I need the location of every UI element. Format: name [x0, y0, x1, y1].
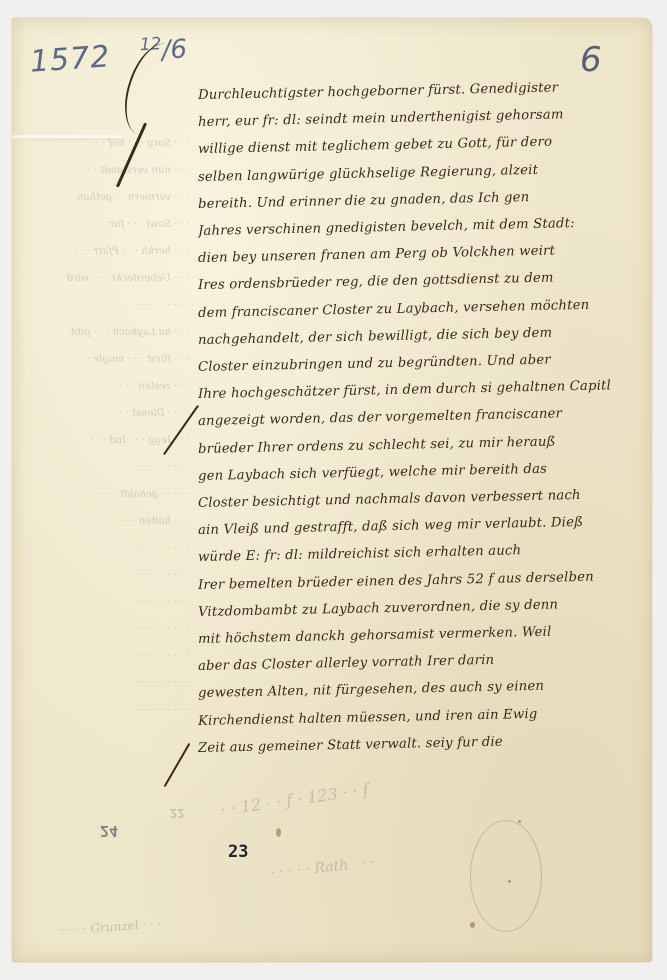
bleed-line: · · · · · gehaldt · · ·: [30, 481, 190, 508]
foxing-spot: [470, 922, 475, 928]
bleed-line: · · · halten · · · · ·: [30, 508, 190, 535]
handwritten-letter-body: Durchleuchtigster hochgeborner fürst. Ge…: [198, 82, 638, 762]
bleed-line: · · · nun verstandt · · ·: [30, 157, 190, 184]
bleed-line: · · · Sawl · · · fur: [30, 211, 190, 238]
bleed-line: · · · · · · · · ·: [30, 454, 190, 481]
foxing-spot: [276, 828, 281, 837]
bleed-through-text: · · · Sorg · · · hof · · · · · · nun ver…: [30, 130, 190, 750]
bleed-line: · · · · · · · · ·: [30, 697, 190, 724]
bleed-line: · · · · · · · · ·: [30, 589, 190, 616]
bleed-line: · · · Ueberdeckt · · · wird: [30, 265, 190, 292]
bleed-line: · · · · · · · · ·: [30, 643, 190, 670]
faint-mirrored-stamp-2: 22: [170, 806, 184, 820]
foxing-spot: [518, 820, 521, 823]
foxing-spot: [508, 880, 511, 883]
faint-mirrored-stamp: 24: [100, 822, 118, 840]
bleed-line: · · · · · · · · ·: [30, 562, 190, 589]
pencil-year-note: 1572: [29, 39, 112, 80]
bleed-line: · · · ha Laybach · · · gibt: [30, 319, 190, 346]
pencil-circle-mark: [470, 820, 542, 932]
bleed-line: · · · vermern · · gethan: [30, 184, 190, 211]
bleed-line: · · · zesten · · ·: [30, 373, 190, 400]
bleed-line: · · · · · · · · ·: [30, 535, 190, 562]
bleed-line: · · · herkh · · · Pfarr · · ·: [30, 238, 190, 265]
bleed-line: · · · · · · · · ·: [30, 292, 190, 319]
bleed-line: · · · · Dienst · · ·: [30, 400, 190, 427]
bleed-line: · · · fürst · · · mugle · ·: [30, 346, 190, 373]
bleed-line: · · · · · · · · ·: [30, 670, 190, 697]
bleed-line: · · · Sorg · · · hof · · ·: [30, 130, 190, 157]
bleed-line: · · · · · · · · ·: [30, 616, 190, 643]
archive-number-stamp: 23: [228, 842, 248, 862]
